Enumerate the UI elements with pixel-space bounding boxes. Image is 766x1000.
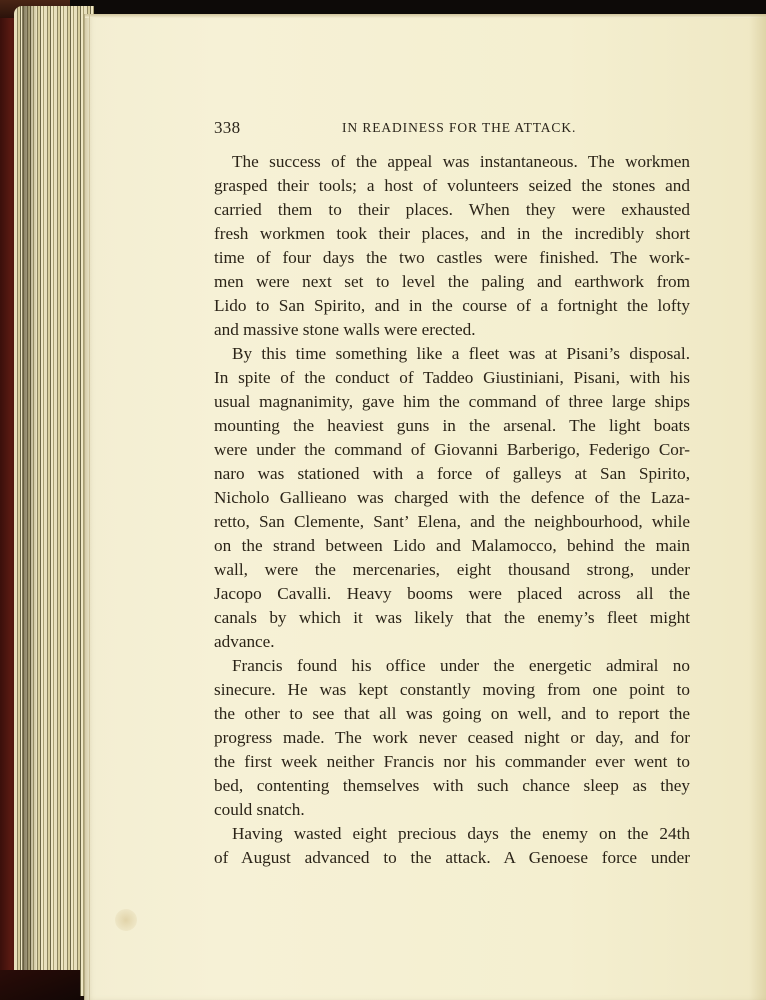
text-line: the first week neither Francis nor his c…: [214, 750, 690, 774]
body-text: The success of the appeal was instantane…: [214, 150, 690, 870]
page-stack-shadow: [22, 6, 36, 996]
page-right-shade: [749, 14, 766, 1000]
text-line: advance.: [214, 630, 690, 654]
text-line: The success of the appeal was instantane…: [214, 150, 690, 174]
text-line: Nicholo Gallieano was charged with the d…: [214, 486, 690, 510]
text-line: time of four days the two castles were f…: [214, 246, 690, 270]
text-line: canals by which it was likely that the e…: [214, 606, 690, 630]
running-head-title: IN READINESS FOR THE ATTACK.: [342, 120, 576, 136]
text-line: bed, contenting themselves with such cha…: [214, 774, 690, 798]
text-line: fresh workmen took their places, and in …: [214, 222, 690, 246]
paragraph-4: Having wasted eight precious days the en…: [214, 822, 690, 870]
page-gutter-line: [89, 14, 90, 1000]
text-line: could snatch.: [214, 798, 690, 822]
page-stain: [115, 909, 137, 931]
text-line: of August advanced to the attack. A Geno…: [214, 846, 690, 870]
text-line: on the strand between Lido and Malamocco…: [214, 534, 690, 558]
text-line: sinecure. He was kept constantly moving …: [214, 678, 690, 702]
text-line: naro was stationed with a force of galle…: [214, 462, 690, 486]
text-line: mounting the heaviest guns in the arsena…: [214, 414, 690, 438]
text-line: Francis found his office under the energ…: [214, 654, 690, 678]
text-line: carried them to their places. When they …: [214, 198, 690, 222]
text-line: progress made. The work never ceased nig…: [214, 726, 690, 750]
paragraph-3: Francis found his office under the energ…: [214, 654, 690, 822]
text-line: retto, San Clemente, Sant’ Elena, and th…: [214, 510, 690, 534]
text-line: Lido to San Spirito, and in the course o…: [214, 294, 690, 318]
page-number: 338: [214, 118, 240, 138]
text-line: and massive stone walls were erected.: [214, 318, 690, 342]
text-line: Having wasted eight precious days the en…: [214, 822, 690, 846]
text-line: In spite of the conduct of Taddeo Giusti…: [214, 366, 690, 390]
running-head: 338 IN READINESS FOR THE ATTACK.: [214, 118, 694, 138]
text-line: Jacopo Cavalli. Heavy booms were placed …: [214, 582, 690, 606]
text-line: the other to see that all was going on w…: [214, 702, 690, 726]
book-bottom-shadow: [0, 970, 80, 1000]
text-line: By this time something like a fleet was …: [214, 342, 690, 366]
paragraph-1: The success of the appeal was instantane…: [214, 150, 690, 342]
paragraph-2: By this time something like a fleet was …: [214, 342, 690, 654]
text-line: were under the command of Giovanni Barbe…: [214, 438, 690, 462]
text-line: men were next set to level the paling an…: [214, 270, 690, 294]
text-line: wall, were the mercenaries, eight thousa…: [214, 558, 690, 582]
text-line: usual magnanimity, gave him the command …: [214, 390, 690, 414]
text-line: grasped their tools; a host of volunteer…: [214, 174, 690, 198]
page-top-edge: [85, 14, 766, 18]
